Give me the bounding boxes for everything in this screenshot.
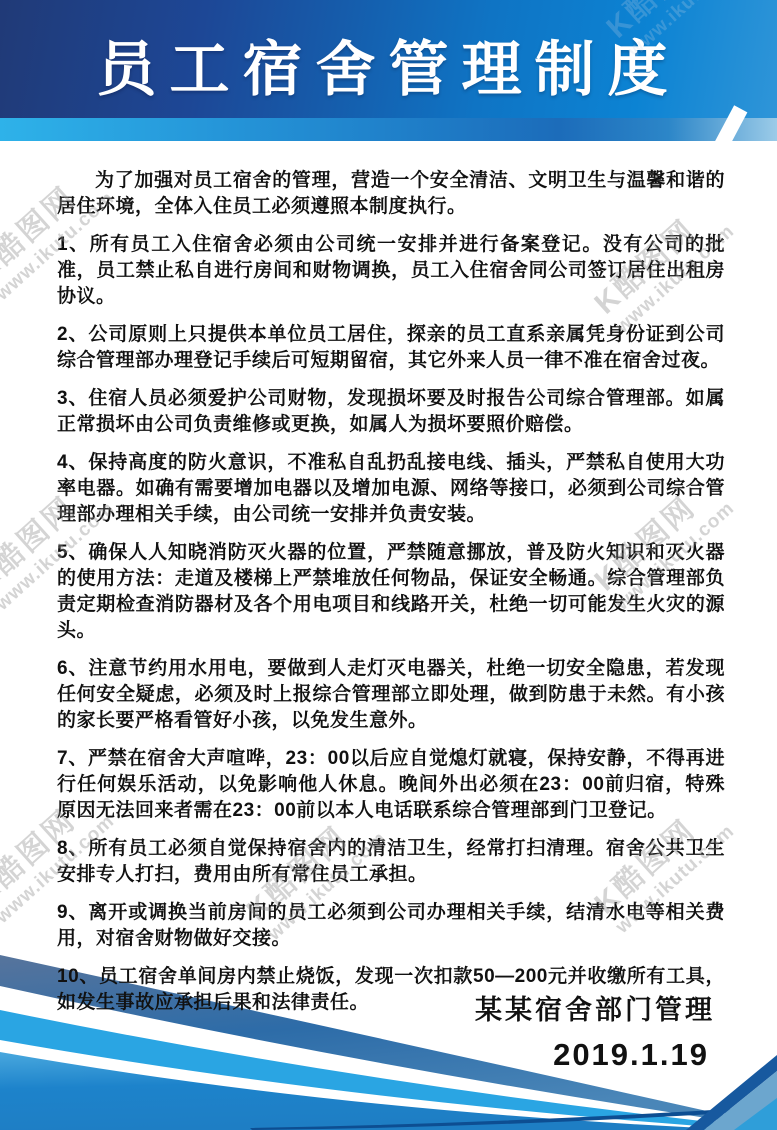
rule-item-8: 8、所有员工必须自觉保持宿舍内的清洁卫生，经常打扫清理。宿舍公共卫生安排专人打扫… — [57, 836, 725, 888]
signature-department: 某某宿舍部门管理 — [475, 988, 715, 1027]
dormitory-rules-poster: 员工宿舍管理制度 K酷图网 www.ikutu.com K酷图网 www.iku… — [0, 0, 777, 1130]
header-stripe — [0, 118, 777, 141]
rule-item-2: 2、公司原则上只提供本单位员工居住，探亲的员工直系亲属凭身份证到公司综合管理部办… — [57, 322, 725, 374]
rule-item-6: 6、注意节约用水用电，要做到人走灯灭电器关，杜绝一切安全隐患，若发现任何安全疑虑… — [57, 656, 725, 734]
rules-content: 为了加强对员工宿舍的管理，营造一个安全清洁、文明卫生与温馨和谐的居住环境，全体入… — [57, 168, 725, 1028]
rule-item-9: 9、离开或调换当前房间的员工必须到公司办理相关手续，结清水电等相关费用，对宿舍财… — [57, 900, 725, 952]
rule-item-5: 5、确保人人知晓消防灭火器的位置，严禁随意挪放，普及防火知识和灭火器的使用方法：… — [57, 540, 725, 644]
rule-item-3: 3、住宿人员必须爱护公司财物，发现损坏要及时报告公司综合管理部。如属正常损坏由公… — [57, 386, 725, 438]
poster-title: 员工宿舍管理制度 — [0, 22, 777, 108]
signature-block: 某某宿舍部门管理 2019.1.19 — [475, 988, 715, 1073]
header-banner: 员工宿舍管理制度 — [0, 0, 777, 118]
rule-item-1: 1、所有员工入住宿舍必须由公司统一安排并进行备案登记。没有公司的批准，员工禁止私… — [57, 232, 725, 310]
rule-item-7: 7、严禁在宿舍大声喧哗，23：00以后应自觉熄灯就寝，保持安静，不得再进行任何娱… — [57, 746, 725, 824]
signature-date: 2019.1.19 — [475, 1037, 715, 1073]
rule-item-4: 4、保持高度的防火意识，不准私自乱扔乱接电线、插头，严禁私自使用大功率电器。如确… — [57, 450, 725, 528]
intro-paragraph: 为了加强对员工宿舍的管理，营造一个安全清洁、文明卫生与温馨和谐的居住环境，全体入… — [57, 168, 725, 220]
